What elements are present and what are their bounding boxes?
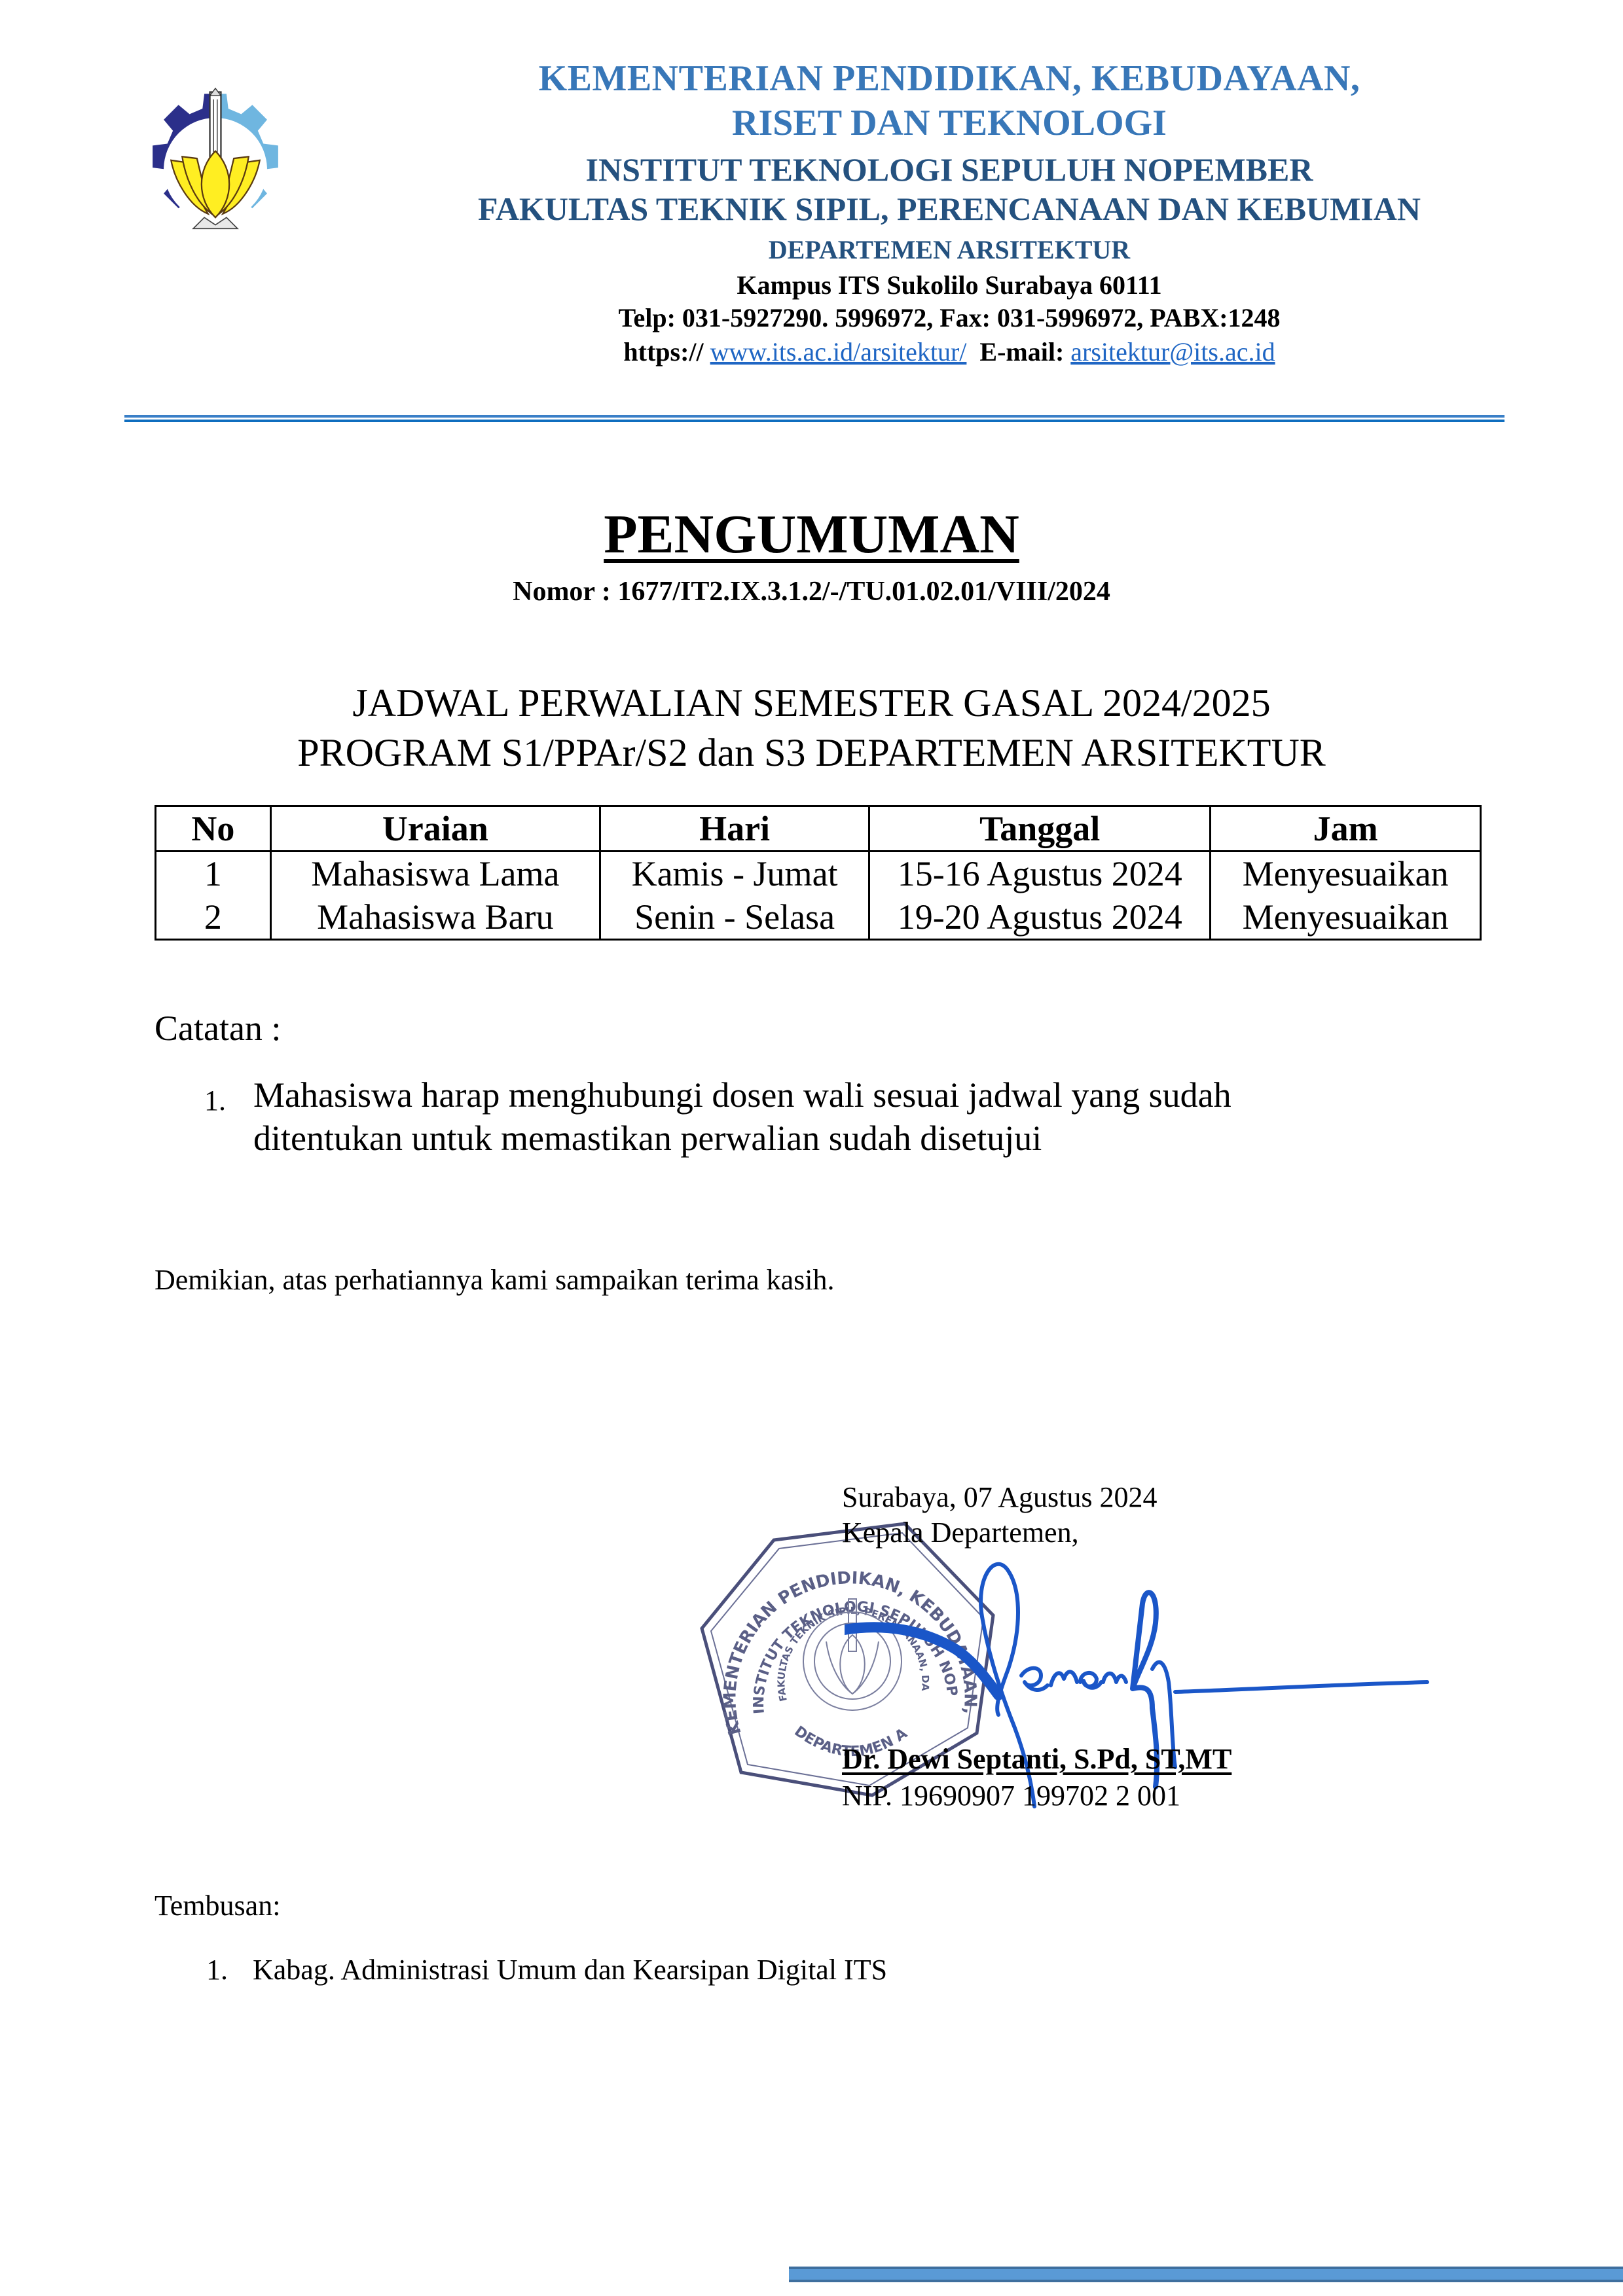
ministry-name-line-1: KEMENTERIAN PENDIDIKAN, KEBUDAYAAN, (393, 58, 1506, 99)
cell-no: 1 (156, 852, 271, 896)
letterhead-divider (124, 415, 1504, 423)
cell-jam: Menyesuaikan (1211, 852, 1481, 896)
its-logo-icon (123, 77, 308, 262)
closing-sentence: Demikian, atas perhatiannya kami sampaik… (155, 1263, 835, 1297)
web-prefix: https:// (623, 337, 703, 367)
ministry-name-line-2: RISET DAN TEKNOLOGI (393, 102, 1506, 144)
cc-label: Tembusan: (155, 1889, 280, 1922)
cell-jam: Menyesuaikan (1211, 895, 1481, 940)
cc-recipient: Kabag. Administrasi Umum dan Kearsipan D… (253, 1953, 887, 1986)
cell-hari: Senin - Selasa (600, 895, 869, 940)
email-label: E-mail: (979, 337, 1064, 367)
cell-no: 2 (156, 895, 271, 940)
cell-hari: Kamis - Jumat (600, 852, 869, 896)
col-header-hari: Hari (600, 806, 869, 852)
email-link[interactable]: arsitektur@its.ac.id (1070, 337, 1275, 367)
document-title: PENGUMUMAN (0, 503, 1623, 566)
col-header-tanggal: Tanggal (869, 806, 1211, 852)
department-name: DEPARTEMEN ARSITEKTUR (393, 234, 1506, 265)
table-row: 2 Mahasiswa Baru Senin - Selasa 19-20 Ag… (156, 895, 1481, 940)
nomor-label: Nomor (513, 577, 594, 607)
note-text: Mahasiswa harap menghubungi dosen wali s… (253, 1073, 1366, 1160)
table-row: 1 Mahasiswa Lama Kamis - Jumat 15-16 Agu… (156, 852, 1481, 896)
contact-links: https:// www.its.ac.id/arsitektur/ E-mai… (393, 336, 1506, 367)
institute-name: INSTITUT TEKNOLOGI SEPULUH NOPEMBER (393, 151, 1506, 188)
table-header-row: No Uraian Hari Tanggal Jam (156, 806, 1481, 852)
cell-uraian: Mahasiswa Baru (270, 895, 600, 940)
document-number: Nomor : 1677/IT2.IX.3.1.2/-/TU.01.02.01/… (0, 576, 1623, 607)
faculty-name: FAKULTAS TEKNIK SIPIL, PERENCANAAN DAN K… (367, 190, 1532, 228)
col-header-no: No (156, 806, 271, 852)
notes-label: Catatan : (155, 1008, 281, 1049)
signature-place-date: Surabaya, 07 Agustus 2024 (842, 1480, 1158, 1514)
signatory-nip: NIP. 19690907 199702 2 001 (842, 1779, 1180, 1812)
col-header-jam: Jam (1211, 806, 1481, 852)
phone-fax: Telp: 031-5927290. 5996972, Fax: 031-599… (393, 302, 1506, 333)
schedule-table: No Uraian Hari Tanggal Jam 1 Mahasiswa L… (155, 805, 1482, 941)
nomor-value: 1677/IT2.IX.3.1.2/-/TU.01.02.01/VIII/202… (617, 577, 1110, 607)
cell-tanggal: 19-20 Agustus 2024 (869, 895, 1211, 940)
cc-number: 1. (206, 1953, 228, 1986)
signature-role: Kepala Departemen, (842, 1516, 1079, 1549)
cell-uraian: Mahasiswa Lama (270, 852, 600, 896)
signatory-name: Dr. Dewi Septanti, S.Pd, ST,MT (842, 1742, 1231, 1776)
note-number: 1. (204, 1084, 226, 1117)
col-header-uraian: Uraian (270, 806, 600, 852)
footer-bar (789, 2267, 1623, 2282)
schedule-heading-1: JADWAL PERWALIAN SEMESTER GASAL 2024/202… (0, 681, 1623, 726)
schedule-heading-2: PROGRAM S1/PPAr/S2 dan S3 DEPARTEMEN ARS… (0, 730, 1623, 776)
website-link[interactable]: www.its.ac.id/arsitektur/ (710, 337, 967, 367)
cell-tanggal: 15-16 Agustus 2024 (869, 852, 1211, 896)
address: Kampus ITS Sukolilo Surabaya 60111 (393, 270, 1506, 300)
